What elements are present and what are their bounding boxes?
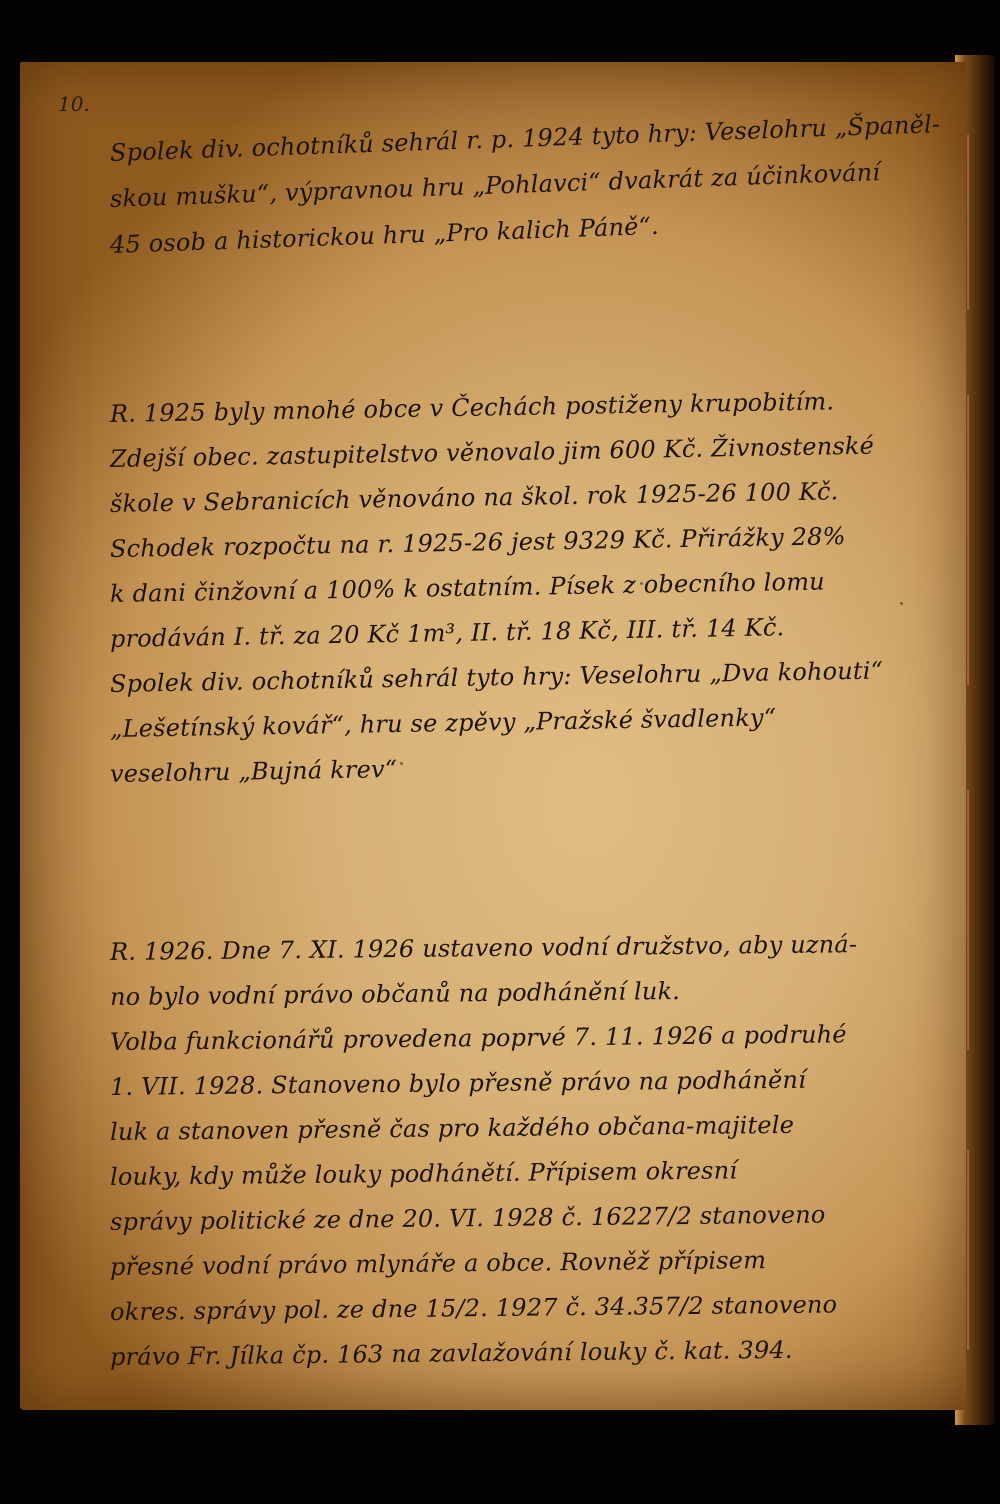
binding-stitch	[966, 790, 970, 1050]
handwritten-line: právo Fr. Jílka čp. 163 na zavlažování l…	[110, 1326, 950, 1380]
binding-stitch	[966, 1150, 970, 1350]
entry-1926: R. 1926. Dne 7. XI. 1926 ustaveno vodní …	[110, 930, 950, 1380]
entry-1925: R. 1925 byly mnohé obce v Čechách postiž…	[110, 392, 950, 797]
manuscript-page: 10. Spolek div. ochotníků sehrál r. p. 1…	[20, 62, 966, 1410]
entry-1924: Spolek div. ochotníků sehrál r. p. 1924 …	[110, 130, 950, 268]
binding-stitch	[966, 135, 970, 310]
binding-stitch	[966, 395, 970, 685]
page-number: 10.	[58, 92, 90, 116]
